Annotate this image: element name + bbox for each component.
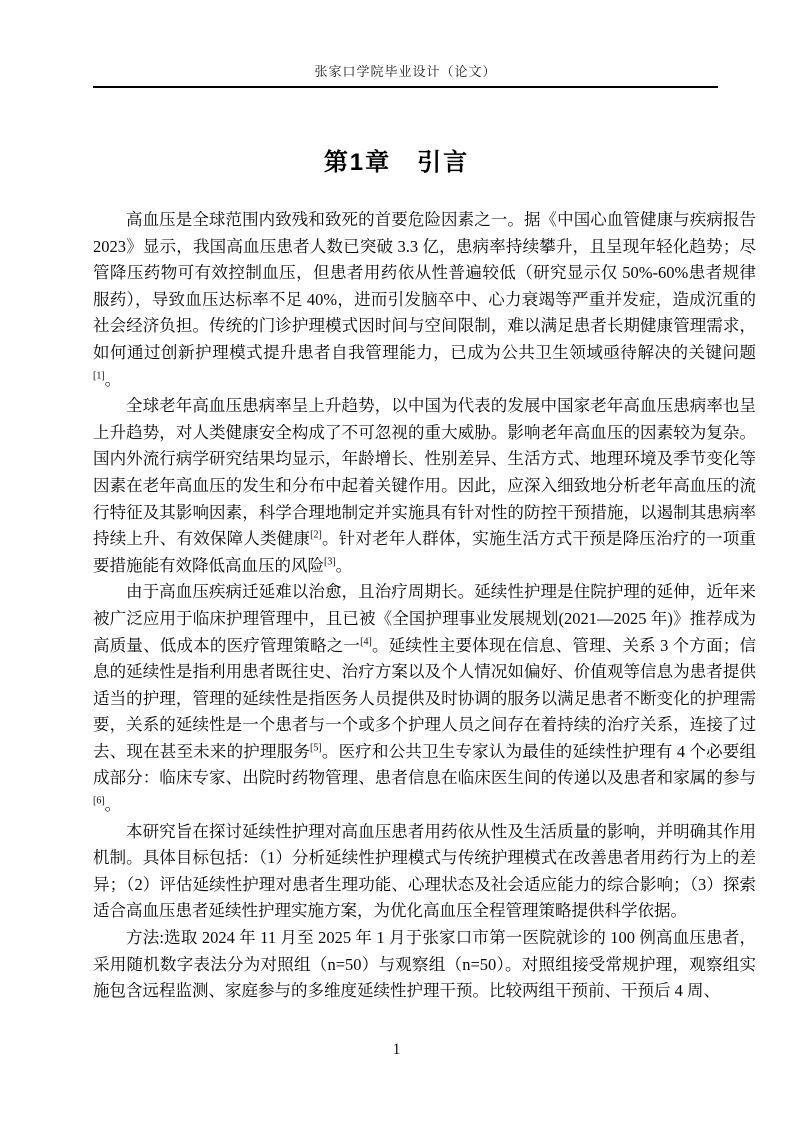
citation-marker: [5] bbox=[310, 742, 322, 753]
citation-marker: [3] bbox=[324, 556, 336, 567]
body-paragraph: 全球老年高血压患病率呈上升趋势，以中国为代表的发展中国家老年高血压患病率也呈上升… bbox=[93, 393, 756, 579]
body-paragraphs: 高血压是全球范围内致残和致死的首要危险因素之一。据《中国心血管健康与疾病报告 2… bbox=[93, 207, 756, 1005]
citation-marker: [6] bbox=[93, 796, 105, 807]
header-rule bbox=[93, 86, 718, 88]
body-paragraph: 高血压是全球范围内致残和致死的首要危险因素之一。据《中国心血管健康与疾病报告 2… bbox=[93, 207, 756, 393]
citation-marker: [2] bbox=[310, 530, 322, 541]
chapter-title: 第1章 引言 bbox=[0, 142, 793, 177]
document-page: 张家口学院毕业设计（论文） 第1章 引言 高血压是全球范围内致残和致死的首要危险… bbox=[0, 0, 793, 1122]
page-number: 1 bbox=[0, 1041, 793, 1059]
body-paragraph: 方法:选取 2024 年 11 月至 2025 年 1 月于张家口市第一医院就诊… bbox=[93, 925, 756, 1005]
page-header: 张家口学院毕业设计（论文） bbox=[93, 61, 718, 80]
citation-marker: [4] bbox=[360, 636, 372, 647]
citation-marker: [1] bbox=[93, 370, 105, 381]
body-paragraph: 本研究旨在探讨延续性护理对高血压患者用药依从性及生活质量的影响，并明确其作用机制… bbox=[93, 819, 756, 925]
body-paragraph: 由于高血压疾病迁延难以治愈，且治疗周期长。延续性护理是住院护理的延伸，近年来被广… bbox=[93, 579, 756, 818]
